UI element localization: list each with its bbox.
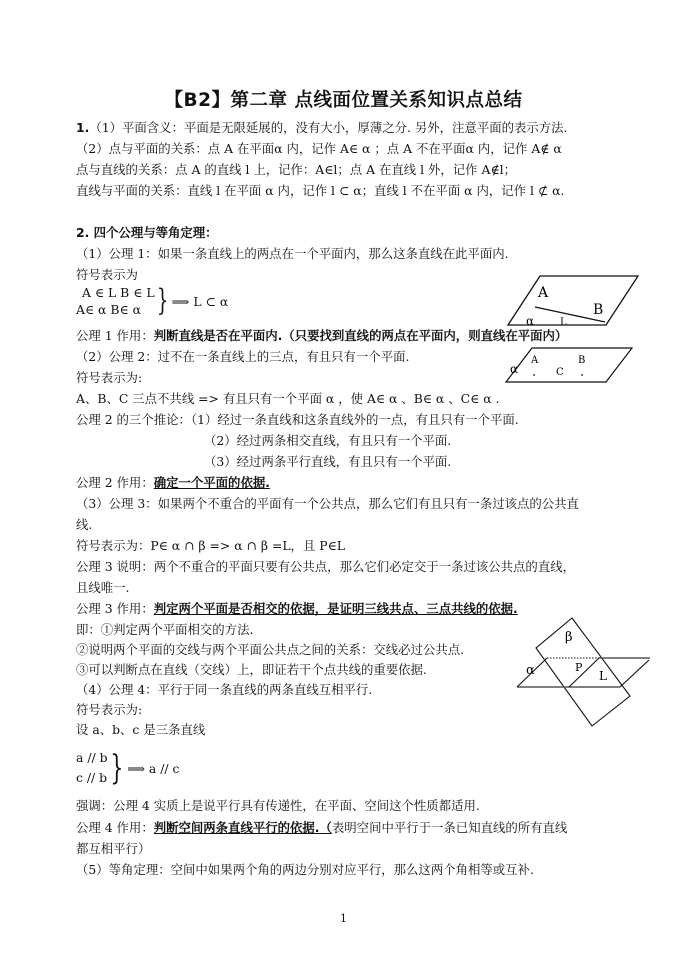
- axiom2-use-label: 公理 2 作用：: [76, 475, 154, 490]
- figure-label-b: B: [593, 302, 603, 318]
- figure2-label-plane: α: [510, 362, 518, 376]
- figure3-label-p: P: [575, 661, 583, 674]
- axiom3-point3: ③可以判断点在直线（交线）上，即证若干个点共线的重要依据.: [76, 661, 427, 679]
- axiom4-formula-line2: c // b: [76, 768, 108, 788]
- axiom2-use: 公理 2 作用：确定一个平面的依据.: [76, 474, 270, 492]
- axiom4-emphasis: 强调：公理 4 实质上是说平行具有传递性，在平面、空间这个性质都适用.: [76, 797, 480, 815]
- section2-heading: 2. 四个公理与等角定理：: [76, 224, 218, 242]
- axiom2-symbol-label: 符号表示为:: [76, 369, 142, 387]
- plane-definition: （1）平面含义：平面是无限延展的，没有大小，厚薄之分. 另外，注意平面的表示方法…: [89, 120, 567, 135]
- axiom2-figure: α A B C: [498, 345, 638, 385]
- figure3-label-alpha: α: [526, 663, 535, 678]
- axiom3-use: 公理 3 作用：判定两个平面是否相交的依据，是证明三线共点、三点共线的依据.: [76, 600, 518, 618]
- axiom2-formula: A、B、C 三点不共线 => 有且只有一个平面 α ，使 A∈ α 、B∈ α …: [76, 390, 499, 408]
- axiom1-text: （1）公理 1：如果一条直线上的两点在一个平面内，那么这条直线在此平面内.: [76, 245, 509, 263]
- right-brace-icon: }: [156, 286, 167, 316]
- axiom1-use-label: 公理 1 作用：: [76, 328, 154, 343]
- line-plane-relation: 直线与平面的关系：直线 l 在平面 α 内，记作 l ⊂ α；直线 l 不在平面…: [76, 182, 565, 200]
- axiom1-symbol-label: 符号表示为: [76, 266, 138, 284]
- axiom3-note-line2: 且线唯一.: [76, 579, 130, 597]
- axiom3-note-line1: 公理 3 说明：两个不重合的平面只要有公共点，那么它们必定交于一条过该公共点的直…: [76, 558, 575, 576]
- axiom4-symbol-label: 符号表示为:: [76, 701, 142, 719]
- axiom1-use-text: 判断直线是否在平面内.（只要找到直线的两点在平面内，则直线在平面内）: [154, 328, 568, 343]
- page-number: 1: [0, 912, 687, 925]
- axiom3-symbol: 符号表示为：P∈ α ∩ β => α ∩ β =L，且 P∈L: [76, 537, 345, 555]
- corollary-1: （1）经过一条直线和这条直线外的一点，有且只有一个平面.: [191, 412, 519, 427]
- axiom4-setup: 设 a、b、c 是三条直线: [76, 721, 205, 739]
- axiom1-formula-line2: A∈ α B∈ α: [76, 301, 155, 318]
- axiom3-text-line2: 线.: [76, 516, 92, 534]
- theorem5-text: （5）等角定理：空间中如果两个角的两边分别对应平行，那么这两个角相等或互补.: [76, 861, 534, 879]
- axiom3-use-label: 公理 3 作用：: [76, 601, 154, 616]
- figure2-label-a: A: [530, 355, 539, 366]
- axiom1-use: 公理 1 作用：判断直线是否在平面内.（只要找到直线的两点在平面内，则直线在平面…: [76, 327, 567, 345]
- corollary-label: 公理 2 的三个推论：: [76, 412, 191, 427]
- axiom4-use-text: 判断空间两条直线平行的依据.（: [154, 820, 332, 835]
- section1-number: 1.: [76, 120, 89, 135]
- point-plane-relation: （2）点与平面的关系：点 A 在平面α 内，记作 A∈ α ；点 A 不在平面α…: [76, 140, 562, 158]
- figure-label-plane: α: [526, 314, 534, 328]
- axiom3-figure: β α P L: [512, 616, 652, 736]
- axiom2-corollary2: （2）经过两条相交直线，有且只有一个平面.: [204, 432, 451, 450]
- axiom2-corollary3: （3）经过两条平行直线，有且只有一个平面.: [204, 453, 451, 471]
- axiom3-text-line1: （3）公理 3：如果两个不重合的平面有一个公共点，那么它们有且只有一条过该点的公…: [76, 495, 579, 513]
- axiom4-text: （4）公理 4：平行于同一条直线的两条直线互相平行.: [76, 681, 372, 699]
- axiom1-formula-line1: A ∈ L B ∈ L: [76, 284, 155, 301]
- axiom4-use-note-line2: 都互相平行）: [76, 840, 150, 858]
- figure2-label-b: B: [578, 355, 585, 366]
- axiom4-formula: a // b c // b } ⟹ a // c: [76, 748, 179, 788]
- axiom3-point2: ②说明两个平面的交线与两个平面公共点之间的关系：交线必过公共点.: [76, 641, 464, 659]
- figure3-label-beta: β: [565, 630, 573, 645]
- axiom2-corollary1: 公理 2 的三个推论：（1）经过一条直线和这条直线外的一点，有且只有一个平面.: [76, 411, 519, 429]
- axiom3-use-text: 判定两个平面是否相交的依据，是证明三线共点、三点共线的依据.: [154, 601, 518, 616]
- axiom1-figure: A B L α: [500, 270, 650, 330]
- axiom4-formula-result: ⟹ a // c: [127, 761, 179, 776]
- figure2-label-c: C: [556, 367, 564, 378]
- axiom4-use-note: 表明空间中平行于一条已知直线的所有直线: [332, 820, 567, 835]
- axiom3-point1: 即：①判定两个平面相交的方法.: [76, 621, 253, 639]
- axiom2-text: （2）公理 2：过不在一条直线上的三点，有且只有一个平面.: [76, 348, 409, 366]
- figure3-label-l: L: [599, 669, 607, 683]
- section1-line1: 1.（1）平面含义：平面是无限延展的，没有大小，厚薄之分. 另外，注意平面的表示…: [76, 119, 568, 137]
- figure-label-a: A: [537, 285, 549, 301]
- axiom2-use-text: 确定一个平面的依据.: [154, 475, 270, 490]
- point-line-relation: 点与直线的关系：点 A 的直线 l 上，记作：A∈l；点 A 在直线 l 外，记…: [76, 161, 516, 179]
- axiom1-formula: A ∈ L B ∈ L A∈ α B∈ α } ⟹ L ⊂ α: [76, 284, 228, 318]
- right-brace-icon: }: [110, 753, 123, 783]
- axiom4-use-label: 公理 4 作用：: [76, 820, 154, 835]
- axiom4-use: 公理 4 作用：判断空间两条直线平行的依据.（表明空间中平行于一条已知直线的所有…: [76, 819, 567, 837]
- axiom4-formula-line1: a // b: [76, 748, 108, 768]
- axiom1-formula-result: ⟹ L ⊂ α: [172, 294, 229, 309]
- page-title: 【B2】第二章 点线面位置关系知识点总结: [0, 86, 687, 112]
